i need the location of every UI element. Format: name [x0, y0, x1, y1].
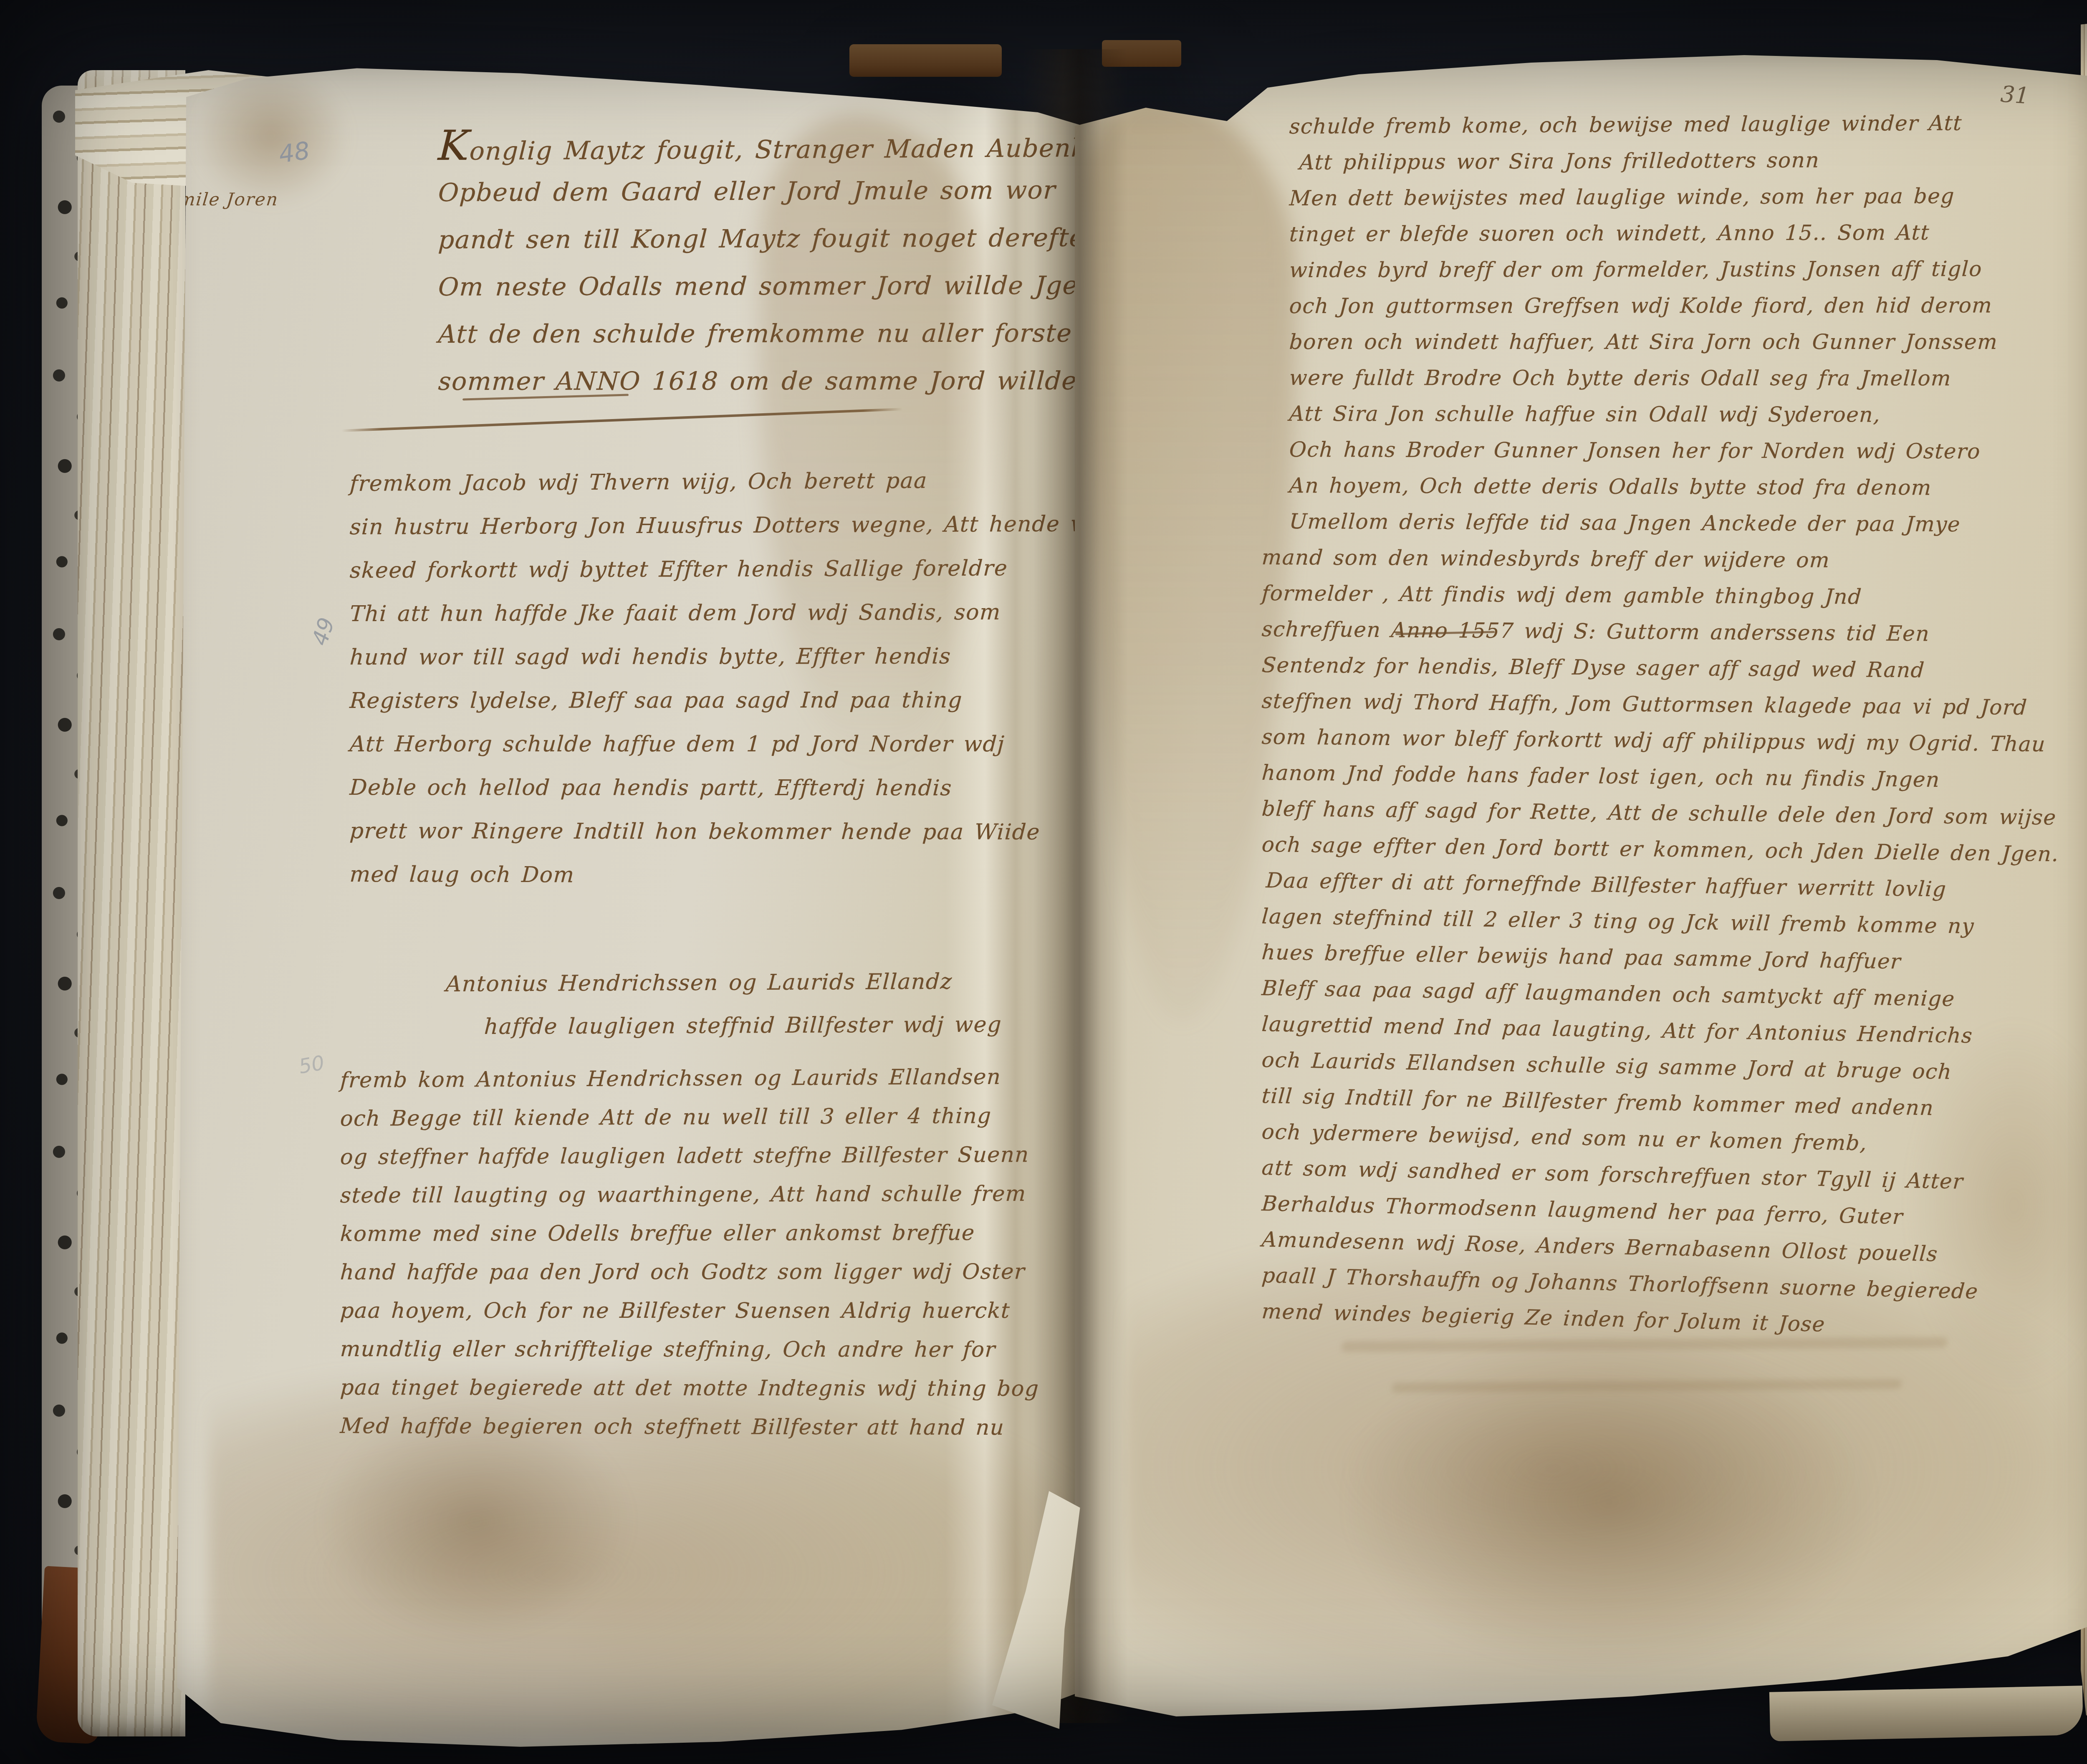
- left-page: 48 mile Joren Konglig Maytz fougit, Stra…: [175, 56, 1083, 1752]
- handwriting-line: Att Sira Jon schulle haffue sin Odall wd…: [1289, 396, 2060, 433]
- left-entry-50-paragraph: fremb kom Antonius Hendrichssen og Lauri…: [340, 1061, 1039, 1446]
- ink-showthrough-line: [1391, 1379, 1902, 1393]
- handwriting-line: och Jon guttormsen Greffsen wdj Kolde fi…: [1289, 287, 2060, 324]
- handwriting-line: fremkom Jacob wdj Thvern wijg, Och beret…: [349, 458, 1115, 505]
- handwriting-line: Att philippus wor Sira Jons frilledotter…: [1299, 141, 2060, 180]
- handwriting-line: prett wor Ringere Indtill hon bekommer h…: [349, 809, 1115, 854]
- pencil-folio-number-48: 48: [277, 136, 312, 169]
- handwriting-line: Men dett bewijstes med lauglige winde, s…: [1289, 178, 2060, 216]
- handwriting-line: stede till laugting og waarthingene, Att…: [339, 1175, 1040, 1215]
- handwriting-line: och Begge till kiende Att de nu well til…: [339, 1097, 1040, 1138]
- handwriting-line: Registers lydelse, Bleff saa paa sagd In…: [349, 678, 1115, 723]
- handwriting-heading-line: haffde laugligen steffnid Billfester wdj…: [483, 1003, 1003, 1048]
- right-page-text-block: schulde fremb kome, och bewijse med laug…: [1262, 109, 2059, 1329]
- handwriting-line: formelder , Att findis wdj dem gamble th…: [1261, 575, 2060, 616]
- photo-background: 48 mile Joren Konglig Maytz fougit, Stra…: [0, 0, 2087, 1764]
- handwriting-line: Med haffde begieren och steffnett Billfe…: [339, 1407, 1040, 1447]
- pencil-folio-number-50: 50: [297, 1051, 326, 1079]
- handwriting-line: og steffner haffde laugligen ladett stef…: [339, 1136, 1040, 1177]
- handwriting-line: were fulldt Brodre Och bytte deris Odall…: [1289, 360, 2060, 397]
- handwriting-line: tinget er blefde suoren och windett, Ann…: [1289, 214, 2060, 252]
- right-page: 31 schulde fremb kome, och bewijse med l…: [1075, 49, 2087, 1720]
- left-entry-49-paragraph: fremkom Jacob wdj Thvern wijg, Och beret…: [350, 462, 1114, 896]
- handwriting-line: med laug och Dom: [349, 853, 1115, 898]
- manuscript-book: 48 mile Joren Konglig Maytz fougit, Stra…: [0, 0, 2087, 1764]
- handwriting-line: Deble och hellod paa hendis partt, Effte…: [349, 766, 1115, 810]
- handwriting-line: paa tinget begierede att det motte Indte…: [339, 1369, 1040, 1408]
- handwriting-line: schreffuen Anno 1557 wdj S: Guttorm ande…: [1261, 611, 2060, 652]
- handwriting-line: windes byrd breff der om formelder, Just…: [1289, 251, 2060, 288]
- handwriting-line: Sentendz for hendis, Bleff Dyse sager af…: [1261, 647, 2060, 689]
- handwriting-line: mundtlig eller schrifftelige steffning, …: [339, 1330, 1040, 1369]
- left-entry-50-heading: Antonius Hendrichssen og Laurids Ellandz…: [446, 963, 1002, 1048]
- handwriting-line: sin hustru Herborg Jon Huusfrus Dotters …: [349, 502, 1115, 549]
- handwriting-line: An hoyem, Och dette deris Odalls bytte s…: [1289, 468, 2060, 506]
- handwriting-line: steffnen wdj Thord Haffn, Jom Guttormsen…: [1261, 683, 2060, 726]
- handwriting-line: Att Herborg schulde haffue dem 1 pd Jord…: [349, 723, 1115, 766]
- margin-note: mile Joren: [177, 189, 279, 210]
- handwriting-line: Umellom deris leffde tid saa Jngen Ancke…: [1289, 503, 2060, 543]
- handwriting-line: Thi att hun haffde Jke faait dem Jord wd…: [349, 590, 1115, 636]
- handwriting-line: boren och windett haffuer, Att Sira Jorn…: [1289, 324, 2060, 360]
- handwriting-heading-line: Antonius Hendrichssen og Laurids Ellandz: [445, 960, 1003, 1006]
- pencil-folio-number-49: 49: [307, 614, 340, 648]
- handwriting-line: mand som den windesbyrds breff der wijde…: [1261, 539, 2060, 579]
- handwriting-line: skeed forkortt wdj byttet Effter hendis …: [349, 546, 1115, 592]
- under-leaf-bottom-right: [1769, 1686, 2083, 1741]
- handwriting-line: hund wor till sagd wdi hendis bytte, Eff…: [349, 634, 1115, 679]
- handwriting-line: Och hans Broder Gunner Jonsen her for No…: [1289, 432, 2060, 470]
- spine-headband: [849, 44, 1002, 77]
- left-page-edge-stack: [78, 70, 185, 1736]
- ink-divider-stroke: [341, 408, 902, 432]
- handwriting-line: fremb kom Antonius Hendrichssen og Lauri…: [339, 1058, 1040, 1100]
- spine-headband-right: [1102, 40, 1181, 67]
- handwriting-line: schulde fremb kome, och bewijse med laug…: [1289, 104, 2060, 144]
- handwriting-line: komme med sine Odells breffue eller anko…: [339, 1214, 1040, 1254]
- handwriting-line: hand haffde paa den Jord och Godtz som l…: [339, 1253, 1040, 1292]
- handwriting-line: paa hoyem, Och for ne Billfester Suensen…: [339, 1292, 1040, 1330]
